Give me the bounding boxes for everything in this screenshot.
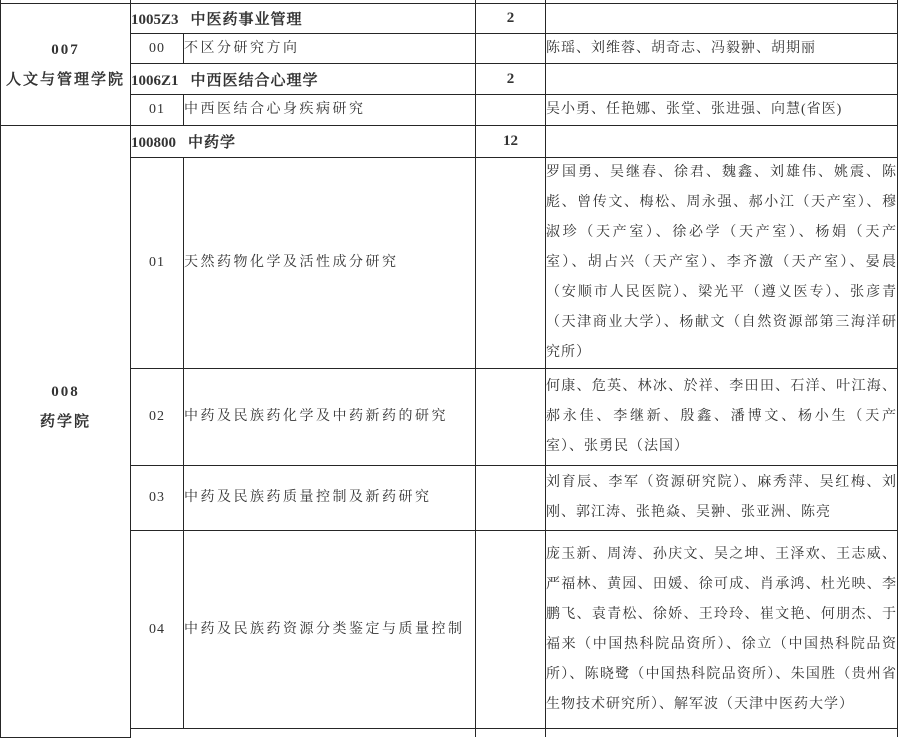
direction-code: 01 xyxy=(131,158,184,369)
supervisors-cell: 罗国勇、吴继春、徐君、魏鑫、刘雄伟、姚震、陈彪、曾传文、梅松、周永强、郝小江（天… xyxy=(546,158,898,369)
quota-cell xyxy=(476,158,546,369)
table-row: 03 中药及民族药质量控制及新药研究 刘育辰、李军（资源研究院）、麻秀萍、吴红梅… xyxy=(1,466,898,531)
direction-code: 04 xyxy=(131,531,184,729)
direction-code: 01 xyxy=(131,95,184,126)
college-name: 药学院 xyxy=(1,407,130,437)
direction-code: 03 xyxy=(131,466,184,531)
table-row: 007 人文与管理学院 1005Z3中医药事业管理 2 xyxy=(1,4,898,34)
supervisors-cell: 刘育辰、李军（资源研究院）、麻秀萍、吴红梅、刘刚、郭江涛、张艳焱、吴翀、张亚洲、… xyxy=(546,466,898,531)
table-row: 01 天然药物化学及活性成分研究 罗国勇、吴继春、徐君、魏鑫、刘雄伟、姚震、陈彪… xyxy=(1,158,898,369)
supervisors-cell: 庞玉新、周涛、孙庆文、吴之坤、王泽欢、王志威、严福林、黄园、田媛、徐可成、肖承鸿… xyxy=(546,531,898,729)
partial-cell xyxy=(131,729,476,738)
direction-code: 02 xyxy=(131,369,184,466)
table-row: 1006Z1中西医结合心理学 2 xyxy=(1,64,898,95)
direction-title: 中药及民族药质量控制及新药研究 xyxy=(184,466,476,531)
college-cell-007: 007 人文与管理学院 xyxy=(1,4,131,126)
quota-cell xyxy=(476,531,546,729)
supervisors-cell xyxy=(546,126,898,158)
table-row: 008 药学院 100800中药学 12 xyxy=(1,126,898,158)
supervisors-cell xyxy=(546,4,898,34)
direction-title: 不区分研究方向 xyxy=(184,34,476,64)
college-cell-008: 008 药学院 xyxy=(1,126,131,738)
program-cell: 1005Z3中医药事业管理 xyxy=(131,4,476,34)
table-row: 04 中药及民族药资源分类鉴定与质量控制 庞玉新、周涛、孙庆文、吴之坤、王泽欢、… xyxy=(1,531,898,729)
table-row: 01 中西医结合心身疾病研究 吴小勇、任艳娜、张堂、张进强、向慧(省医) xyxy=(1,95,898,126)
direction-title: 中药及民族药资源分类鉴定与质量控制 xyxy=(184,531,476,729)
partial-cell xyxy=(476,729,546,738)
program-cell: 1006Z1中西医结合心理学 xyxy=(131,64,476,95)
direction-title: 天然药物化学及活性成分研究 xyxy=(184,158,476,369)
quota-cell xyxy=(476,466,546,531)
admissions-table: 007 人文与管理学院 1005Z3中医药事业管理 2 00 不区分研究方向 陈… xyxy=(0,0,898,738)
quota-cell xyxy=(476,34,546,64)
quota-cell: 12 xyxy=(476,126,546,158)
direction-title: 中药及民族药化学及中药新药的研究 xyxy=(184,369,476,466)
quota-cell xyxy=(476,369,546,466)
quota-cell xyxy=(476,95,546,126)
supervisors-cell: 吴小勇、任艳娜、张堂、张进强、向慧(省医) xyxy=(546,95,898,126)
program-code: 1006Z1 xyxy=(131,73,179,89)
program-code: 1005Z3 xyxy=(131,12,179,28)
partial-cell xyxy=(546,729,898,738)
supervisors-cell: 陈瑶、刘维蓉、胡奇志、冯毅翀、胡期丽 xyxy=(546,34,898,64)
direction-code: 00 xyxy=(131,34,184,64)
quota-cell: 2 xyxy=(476,64,546,95)
table-row: 00 不区分研究方向 陈瑶、刘维蓉、胡奇志、冯毅翀、胡期丽 xyxy=(1,34,898,64)
program-title: 中西医结合心理学 xyxy=(191,73,319,89)
quota-cell: 2 xyxy=(476,4,546,34)
program-title: 中医药事业管理 xyxy=(191,12,303,28)
partial-row-bottom xyxy=(1,729,898,738)
direction-title: 中西医结合心身疾病研究 xyxy=(184,95,476,126)
program-title: 中药学 xyxy=(188,135,236,151)
program-cell: 100800中药学 xyxy=(131,126,476,158)
college-code: 007 xyxy=(1,35,130,65)
program-code: 100800 xyxy=(131,135,176,151)
supervisors-cell xyxy=(546,64,898,95)
supervisors-cell: 何康、危英、林冰、於祥、李田田、石洋、叶江海、郝永佳、李继新、殷鑫、潘博文、杨小… xyxy=(546,369,898,466)
college-name: 人文与管理学院 xyxy=(1,65,130,95)
table-row: 02 中药及民族药化学及中药新药的研究 何康、危英、林冰、於祥、李田田、石洋、叶… xyxy=(1,369,898,466)
college-code: 008 xyxy=(1,377,130,407)
